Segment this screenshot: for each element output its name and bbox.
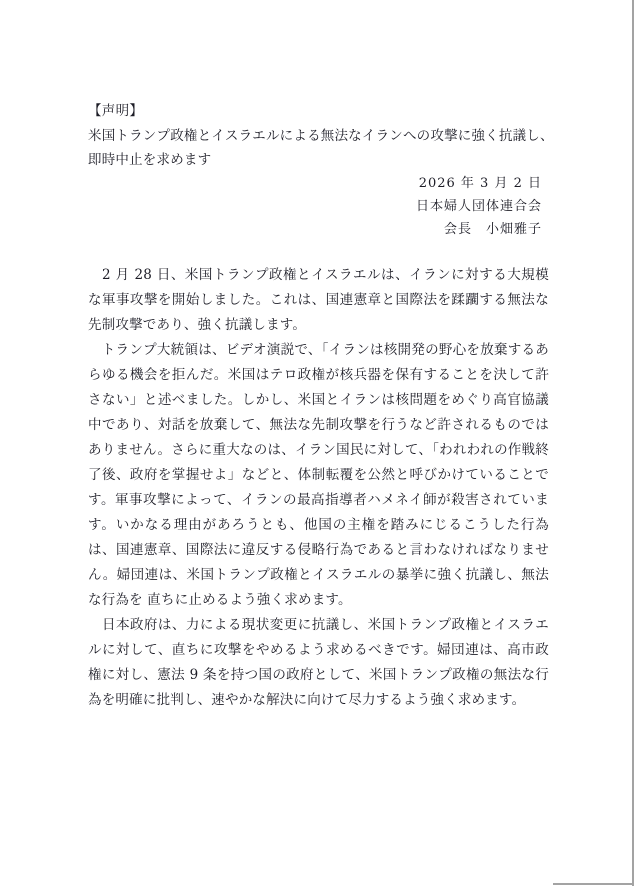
page-right-edge-line [632,0,634,886]
body-paragraph-3: 日本政府は、力による現状変更に抗議し、米国トランプ政権とイスラエルに対して、直ち… [88,613,549,713]
document-body: 2 月 28 日、米国トランプ政権とイスラエルは、イランに対する大規模な軍事攻撃… [88,263,549,713]
statement-label: 【声明】 [88,98,549,124]
body-paragraph-1: 2 月 28 日、米国トランプ政権とイスラエルは、イランに対する大規模な軍事攻撃… [88,263,549,338]
document-page: 【声明】 米国トランプ政権とイスラエルによる無法なイランへの攻撃に強く抗議し、 … [0,0,635,889]
document-title: 米国トランプ政権とイスラエルによる無法なイランへの攻撃に強く抗議し、 即時中止を… [88,124,549,172]
document-title-line-2: 即時中止を求めます [88,148,549,172]
document-organization: 日本婦人団体連合会 [88,195,542,218]
body-paragraph-2: トランプ大統領は、ビデオ演説で、「イランは核開発の野心を放棄するあらゆる機会を拒… [88,338,549,613]
document-signer: 会長 小畑雅子 [88,218,542,241]
document-title-line-1: 米国トランプ政権とイスラエルによる無法なイランへの攻撃に強く抗議し、 [88,124,549,148]
document-date: 2026 年 3 月 2 日 [88,172,542,195]
document-meta: 2026 年 3 月 2 日 日本婦人団体連合会 会長 小畑雅子 [88,172,549,241]
page-bottom-edge-line [553,883,634,885]
document-content: 【声明】 米国トランプ政権とイスラエルによる無法なイランへの攻撃に強く抗議し、 … [0,0,635,713]
